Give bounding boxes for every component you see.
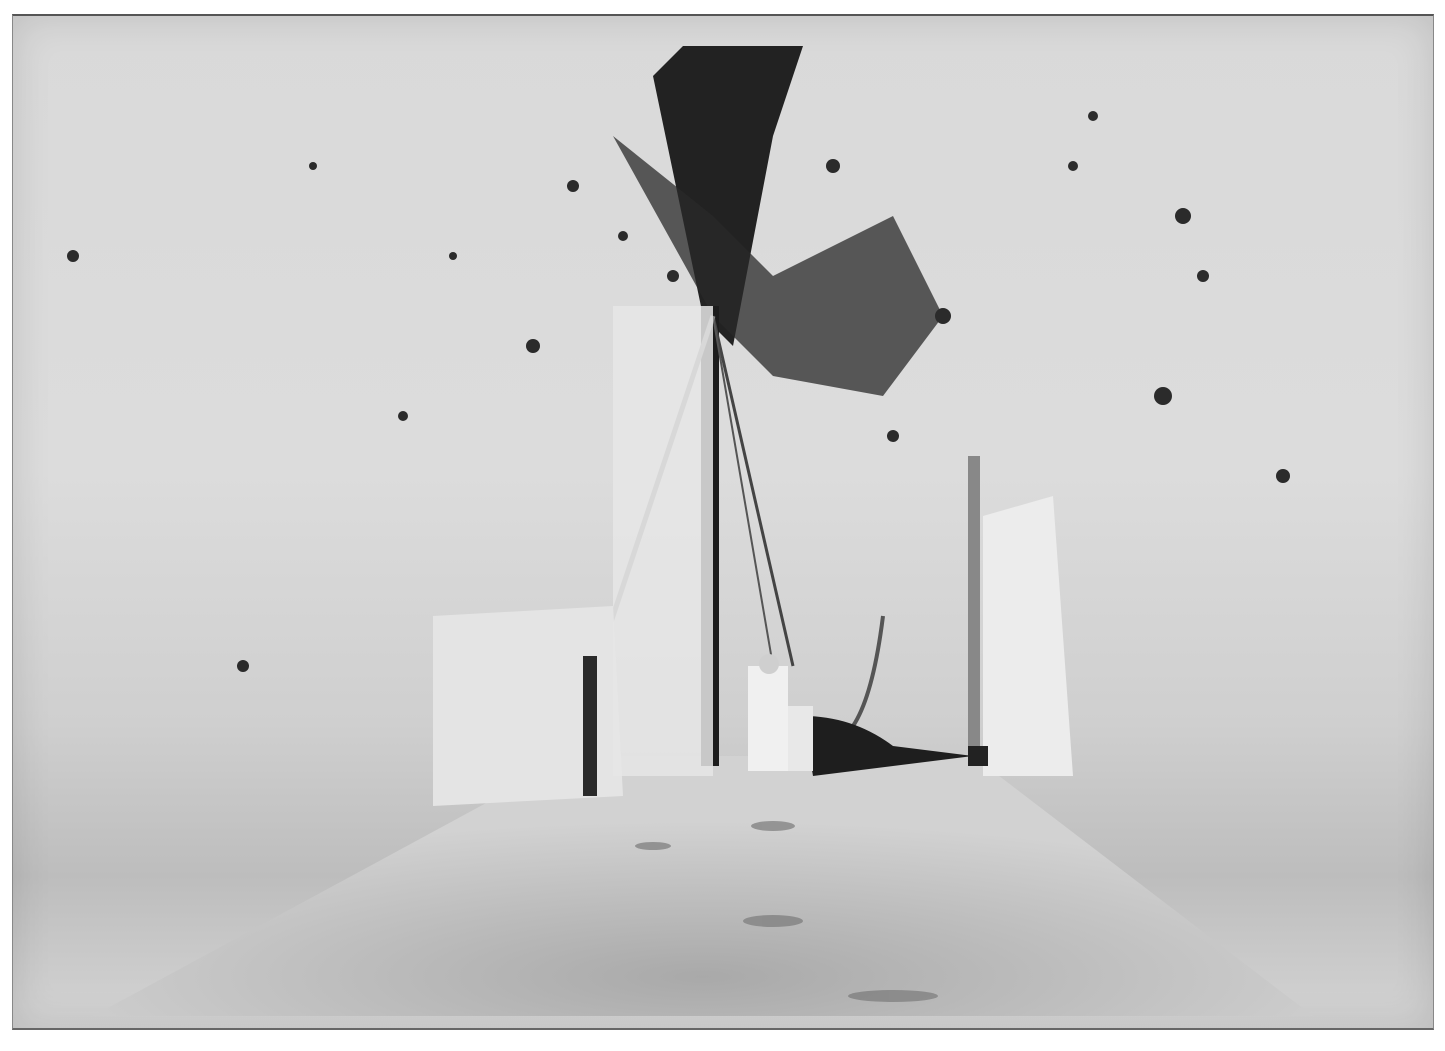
road <box>93 756 1313 1016</box>
figure-left <box>748 666 788 771</box>
photo-negative <box>12 14 1434 1030</box>
figure-right <box>788 706 813 771</box>
scene-illustration <box>13 16 1433 1028</box>
bridge-pylon-right <box>968 456 980 756</box>
right-building <box>983 496 1073 776</box>
